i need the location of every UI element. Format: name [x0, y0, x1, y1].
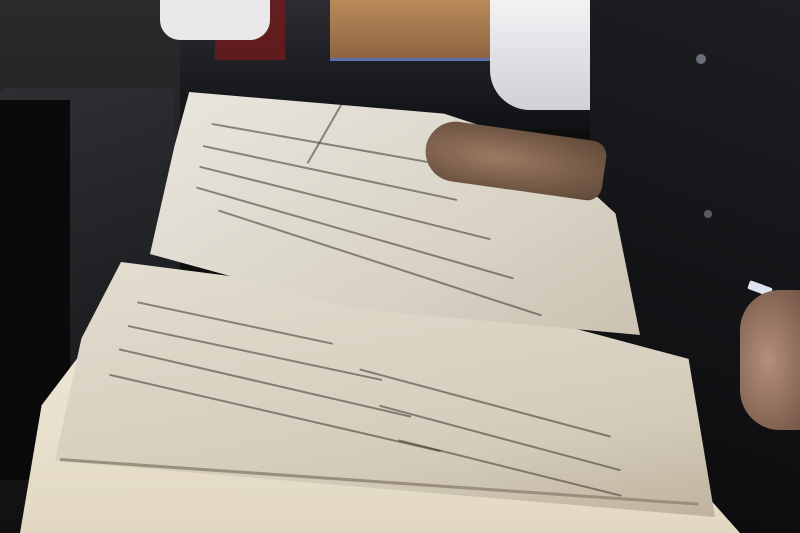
- white-shirt-sleeve: [160, 0, 270, 40]
- jacket-button: [696, 54, 706, 64]
- hand-right: [740, 290, 800, 430]
- cardboard-box: [330, 0, 505, 61]
- jacket-button: [704, 210, 712, 218]
